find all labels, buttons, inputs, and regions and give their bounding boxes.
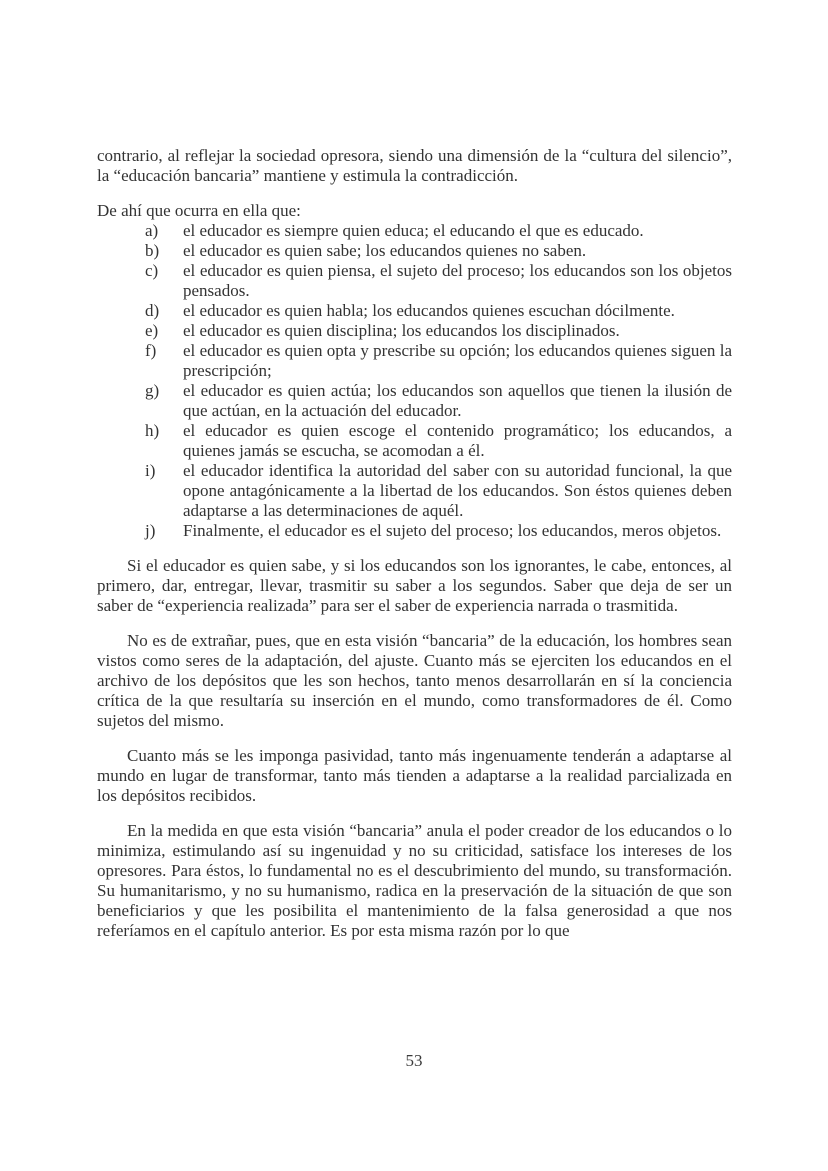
list-item-text: el educador es quien escoge el contenido… xyxy=(183,421,732,461)
list-item: j) Finalmente, el educador es el sujeto … xyxy=(97,521,732,541)
paragraph: No es de extrañar, pues, que en esta vis… xyxy=(97,631,732,731)
list-item-label: c) xyxy=(145,261,183,301)
list-item-label: a) xyxy=(145,221,183,241)
list-item-text: el educador es quien piensa, el sujeto d… xyxy=(183,261,732,301)
list-item-label: d) xyxy=(145,301,183,321)
list-item: f) el educador es quien opta y prescribe… xyxy=(97,341,732,381)
list-item: b) el educador es quien sabe; los educan… xyxy=(97,241,732,261)
list-intro: De ahí que ocurra en ella que: xyxy=(97,201,732,221)
list-item-text: el educador es quien sabe; los educandos… xyxy=(183,241,732,261)
lettered-list: a) el educador es siempre quien educa; e… xyxy=(97,221,732,541)
list-item-text: el educador es quien disciplina; los edu… xyxy=(183,321,732,341)
page-number: 53 xyxy=(0,1051,828,1071)
text-block: contrario, al reflejar la sociedad opres… xyxy=(97,146,732,956)
list-item-label: j) xyxy=(145,521,183,541)
list-item-label: e) xyxy=(145,321,183,341)
list-item-text: Finalmente, el educador es el sujeto del… xyxy=(183,521,732,541)
list-item-text: el educador es quien opta y prescribe su… xyxy=(183,341,732,381)
list-item-text: el educador es quien actúa; los educando… xyxy=(183,381,732,421)
list-item: e) el educador es quien disciplina; los … xyxy=(97,321,732,341)
paragraph: Cuanto más se les imponga pasividad, tan… xyxy=(97,746,732,806)
list-item-label: b) xyxy=(145,241,183,261)
list-item-label: f) xyxy=(145,341,183,381)
list-item-text: el educador identifica la autoridad del … xyxy=(183,461,732,521)
list-item-label: g) xyxy=(145,381,183,421)
paragraph: En la medida en que esta visión “bancari… xyxy=(97,821,732,941)
list-item: h) el educador es quien escoge el conten… xyxy=(97,421,732,461)
list-item: g) el educador es quien actúa; los educa… xyxy=(97,381,732,421)
paragraph: Si el educador es quien sabe, y si los e… xyxy=(97,556,732,616)
opening-paragraph: contrario, al reflejar la sociedad opres… xyxy=(97,146,732,186)
list-item: c) el educador es quien piensa, el sujet… xyxy=(97,261,732,301)
list-item-label: h) xyxy=(145,421,183,461)
list-item-text: el educador es siempre quien educa; el e… xyxy=(183,221,732,241)
book-page: contrario, al reflejar la sociedad opres… xyxy=(0,0,828,1171)
list-item: a) el educador es siempre quien educa; e… xyxy=(97,221,732,241)
list-item-label: i) xyxy=(145,461,183,521)
list-item: d) el educador es quien habla; los educa… xyxy=(97,301,732,321)
list-item: i) el educador identifica la autoridad d… xyxy=(97,461,732,521)
list-item-text: el educador es quien habla; los educando… xyxy=(183,301,732,321)
